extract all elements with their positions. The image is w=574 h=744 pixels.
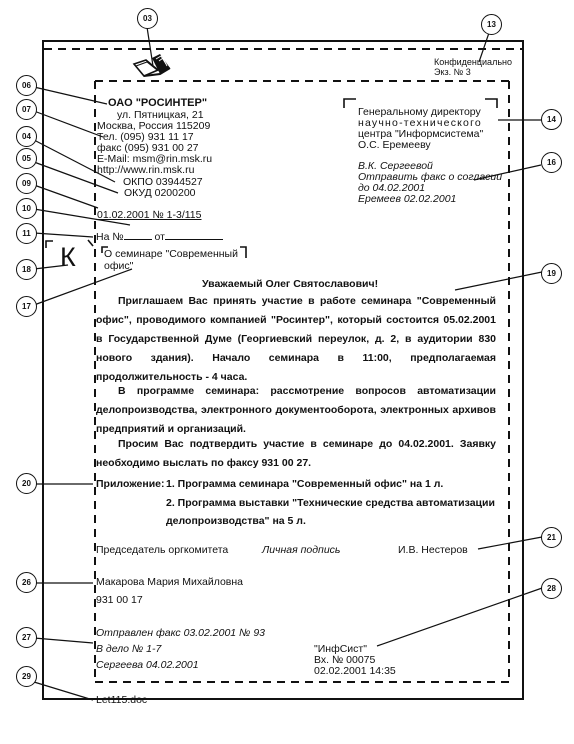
callout-03: 03: [137, 8, 158, 29]
addressee-line-4: О.С. Еремееву: [358, 139, 431, 151]
callout-27: 27: [16, 627, 37, 648]
reference-from-label: от: [155, 231, 165, 243]
signature-sign: Личная подпись: [262, 544, 340, 556]
callout-09: 09: [16, 173, 37, 194]
registration-date-number: 01.02.2001 № 1-3/115: [97, 209, 201, 221]
subject-line-2: офис": [104, 260, 133, 272]
callout-10: 10: [16, 198, 37, 219]
paragraph-2: В программе семинара: рассмотрение вопро…: [96, 382, 496, 439]
resolution-line-4: Еремеев 02.02.2001: [358, 193, 456, 205]
attachment-item-2-line-2: делопроизводства" на 5 л.: [166, 515, 306, 527]
callout-19: 19: [541, 263, 562, 284]
receipt-stamp-line-3: 02.02.2001 14:35: [314, 665, 396, 677]
callout-14: 14: [541, 109, 562, 130]
reference-no-label: На №: [96, 231, 124, 243]
callout-05: 05: [16, 148, 37, 169]
callout-11: 11: [16, 223, 37, 244]
callout-17: 17: [16, 296, 37, 317]
control-mark: К: [60, 243, 76, 271]
callout-21: 21: [541, 527, 562, 548]
paragraph-3: Просим Вас подтвердить участие в семинар…: [96, 435, 496, 473]
callout-20: 20: [16, 473, 37, 494]
callout-07: 07: [16, 99, 37, 120]
execution-note-line-2: В дело № 1-7: [96, 643, 161, 655]
organization-website[interactable]: http://www.rin.msk.ru: [97, 164, 194, 176]
callout-13: 13: [481, 14, 502, 35]
file-identifier: Let115.doc: [96, 694, 147, 706]
signature-name: И.В. Нестеров: [398, 544, 468, 556]
subject-line-1: О семинаре "Современный: [104, 248, 238, 260]
execution-note-line-1: Отправлен факс 03.02.2001 № 93: [96, 627, 265, 639]
callout-29: 29: [16, 666, 37, 687]
executor-phone: 931 00 17: [96, 594, 143, 606]
reference-line: На № от: [96, 231, 223, 243]
attachment-item-2-line-1: 2. Программа выставки "Технические средс…: [166, 497, 495, 509]
callout-18: 18: [16, 259, 37, 280]
callout-16: 16: [541, 152, 562, 173]
attachment-label: Приложение:: [96, 478, 165, 490]
execution-note-line-3: Сергеева 04.02.2001: [96, 659, 199, 671]
executor-name: Макарова Мария Михайловна: [96, 576, 243, 588]
organization-name: ОАО "РОСИНТЕР": [108, 97, 207, 109]
confidentiality-mark: Конфиденциально: [434, 57, 512, 67]
callout-04: 04: [16, 126, 37, 147]
callout-06: 06: [16, 75, 37, 96]
signature-position: Председатель оргкомитета: [96, 544, 228, 556]
salutation: Уважаемый Олег Святославович!: [202, 278, 378, 290]
paragraph-1: Приглашаем Вас принять участие в работе …: [96, 292, 496, 387]
okud-code: ОКУД 0200200: [124, 187, 196, 199]
copy-number: Экз. № 3: [434, 67, 471, 77]
callout-26: 26: [16, 572, 37, 593]
book-icon: [130, 50, 178, 78]
attachment-item-1: 1. Программа семинара "Современный офис"…: [166, 478, 443, 490]
callout-28: 28: [541, 578, 562, 599]
